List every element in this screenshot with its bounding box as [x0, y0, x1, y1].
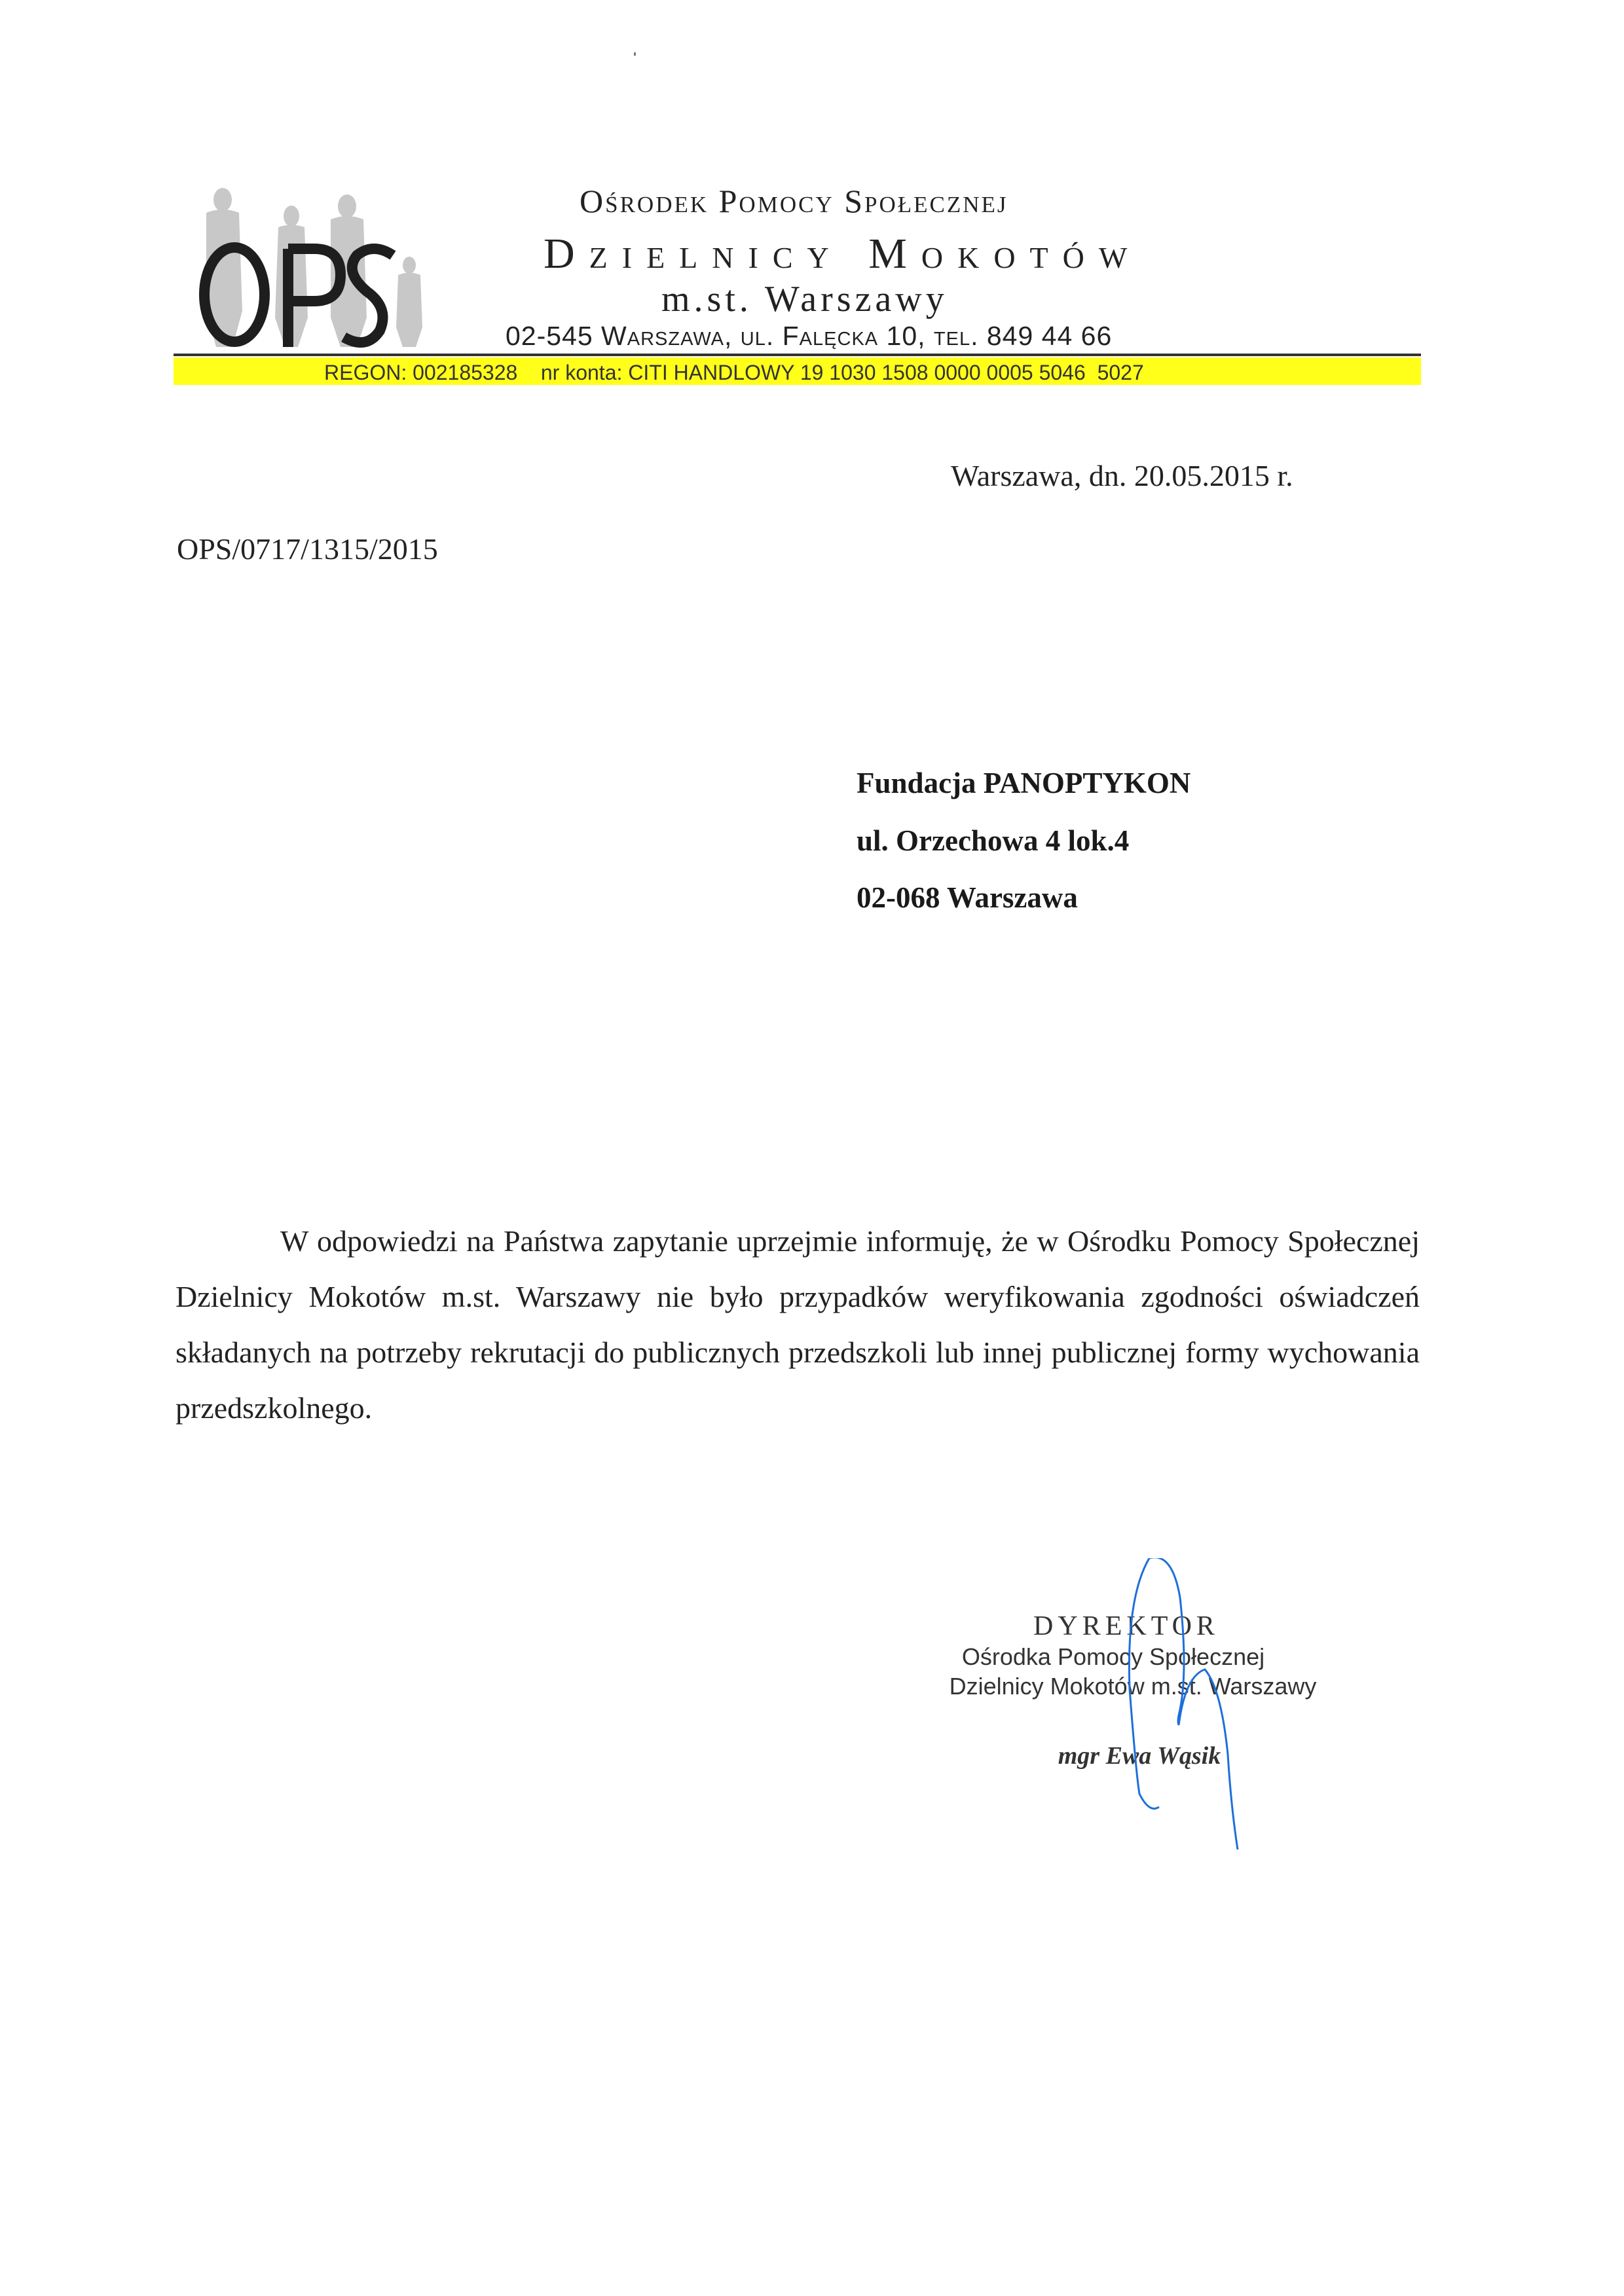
recipient-street: ul. Orzechowa 4 lok.4: [857, 824, 1129, 858]
people-silhouettes-icon: [206, 188, 422, 347]
letterhead-org-line2: Dzielnicy Mokotów: [544, 229, 1141, 279]
handwritten-signature-icon: [1100, 1558, 1270, 1853]
letterhead-band-text: REGON: 002185328 nr konta: CITI HANDLOWY…: [324, 361, 1144, 385]
place-date: Warszawa, dn. 20.05.2015 r.: [951, 458, 1293, 493]
letterhead-rule: [174, 354, 1421, 356]
letterhead-org-line1: Ośrodek Pomocy Społecznej: [580, 182, 1008, 220]
scan-speck: [634, 52, 636, 56]
recipient-name: Fundacja PANOPTYKON: [857, 766, 1190, 800]
reference-number: OPS/0717/1315/2015: [177, 532, 438, 566]
ops-logo: [177, 187, 478, 350]
recipient-city: 02-068 Warszawa: [857, 881, 1078, 915]
letter-body: W odpowiedzi na Państwa zapytanie uprzej…: [175, 1213, 1420, 1436]
letterhead-org-line3: m.st. Warszawy: [661, 278, 948, 320]
letterhead-address: 02-545 Warszawa, ul. Falęcka 10, tel. 84…: [506, 321, 1112, 352]
